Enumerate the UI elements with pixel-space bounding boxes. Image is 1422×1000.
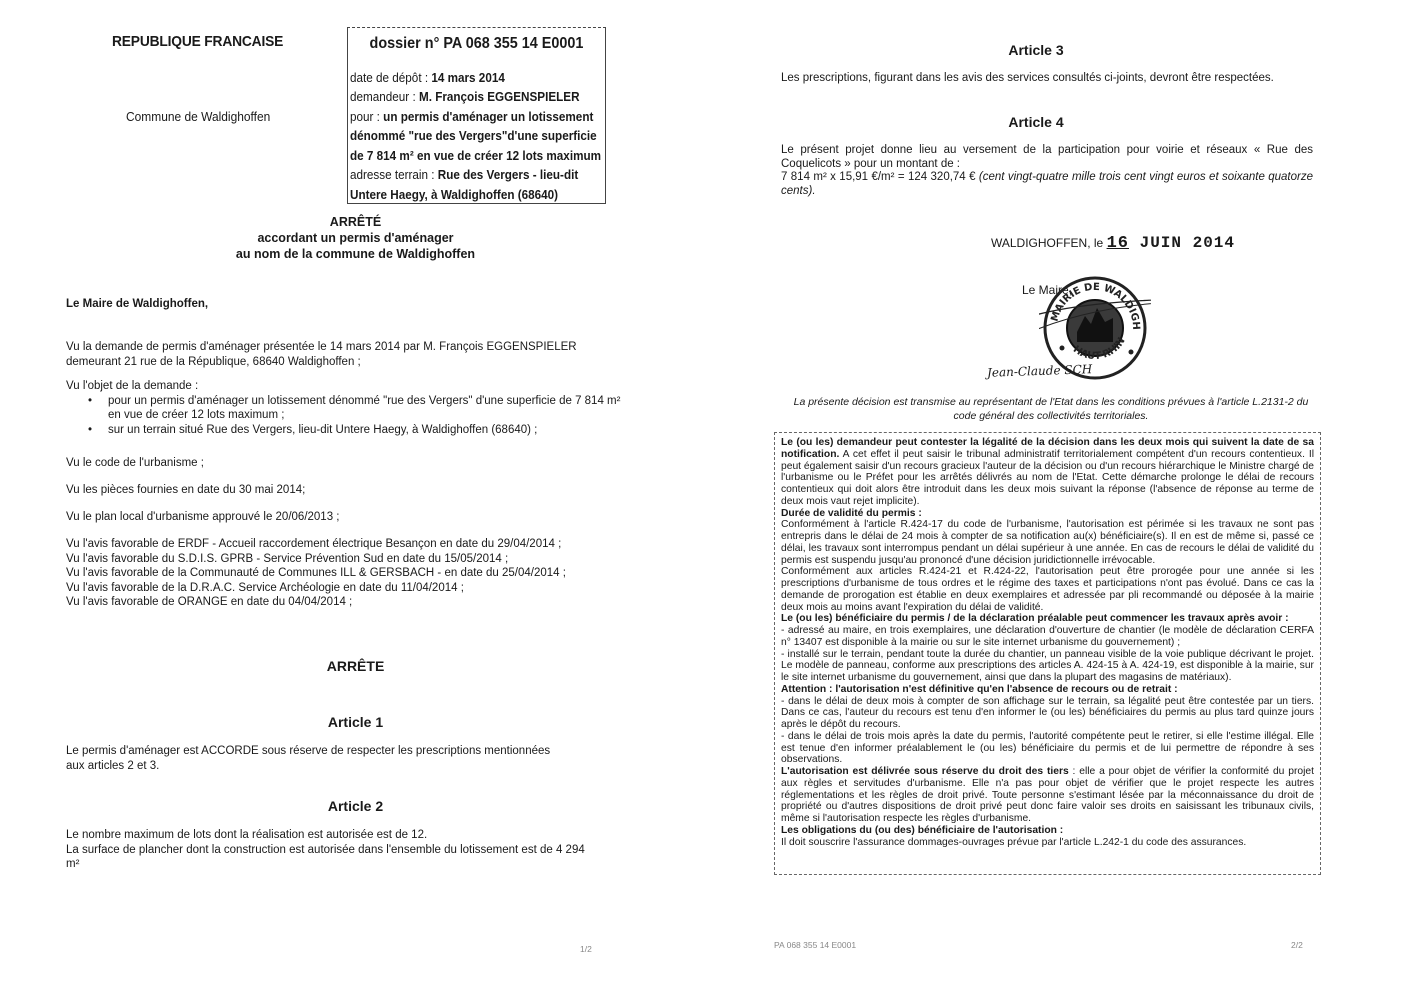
tiers-paragraph: L'autorisation est délivrée sous réserve… <box>781 766 1314 825</box>
republique-heading: REPUBLIQUE FRANCAISE <box>112 33 283 50</box>
signature-date: WALDIGHOFFEN, le 16 JUIN 2014 <box>991 234 1235 253</box>
objet-permis: pour : un permis d'aménager un lotisseme… <box>350 107 602 166</box>
footer-reference: PA 068 355 14 E0001 <box>774 940 856 950</box>
transmission-notice: La présente décision est transmise au re… <box>781 396 1321 423</box>
travaux-heading: Le (ou les) bénéficiaire du permis / de … <box>781 613 1314 625</box>
page-2: Article 3 Les prescriptions, figurant da… <box>711 0 1422 1000</box>
maire-line: Le Maire de Waldighoffen, <box>66 298 208 310</box>
arrete-heading: ARRÊTÉ accordant un permis d'aménager au… <box>0 214 711 262</box>
participation-amount: 7 814 m² x 15,91 €/m² = 124 320,74 € <box>781 171 979 183</box>
dossier-number: dossier n° PA 068 355 14 E0001 <box>363 34 591 54</box>
demandeur: demandeur : M. François EGGENSPIELER <box>350 87 602 107</box>
list-item: sur un terrain situé Rue des Vergers, li… <box>108 423 626 438</box>
article-1-title: Article 1 <box>0 714 711 730</box>
article-2-title: Article 2 <box>0 798 711 814</box>
adresse-terrain: adresse terrain : Rue des Vergers - lieu… <box>350 165 602 204</box>
objet-list: pour un permis d'aménager un lotissement… <box>66 394 626 438</box>
list-item: pour un permis d'aménager un lotissement… <box>108 394 626 423</box>
article-2-body: Le nombre maximum de lots dont la réalis… <box>66 828 586 872</box>
article-4-title: Article 4 <box>711 114 1361 130</box>
article-3-title: Article 3 <box>711 42 1361 58</box>
list-item: Vu l'avis favorable de la D.R.A.C. Servi… <box>66 581 646 596</box>
arrete-title: ARRÊTE <box>0 658 711 674</box>
contest-paragraph: Le (ou les) demandeur peut contester la … <box>781 437 1314 508</box>
list-item: Vu l'avis favorable de ERDF - Accueil ra… <box>66 537 646 552</box>
page-number: 2/2 <box>1291 940 1303 950</box>
date-depot: date de dépôt : 14 mars 2014 <box>350 68 602 88</box>
list-item: Vu l'avis favorable de la Communauté de … <box>66 566 646 581</box>
date-stamp: 16 JUIN 2014 <box>1107 234 1235 252</box>
vu-code: Vu le code de l'urbanisme ; <box>66 456 204 471</box>
legal-notice-box: Le (ou les) demandeur peut contester la … <box>774 432 1321 875</box>
obligations-heading: Les obligations du (ou des) bénéficiaire… <box>781 825 1314 837</box>
commune-name: Commune de Waldighoffen <box>126 109 270 124</box>
vu-objet: Vu l'objet de la demande : pour un permi… <box>66 379 626 437</box>
vu-demande: Vu la demande de permis d'aménager prése… <box>66 340 626 369</box>
validite-heading: Durée de validité du permis : <box>781 508 1314 520</box>
vu-pieces: Vu les pièces fournies en date du 30 mai… <box>66 483 305 498</box>
list-item: Vu l'avis favorable du S.D.I.S. GPRB - S… <box>66 552 646 567</box>
attention-heading: Attention : l'autorisation n'est définit… <box>781 684 1314 696</box>
list-item: Vu l'avis favorable de ORANGE en date du… <box>66 595 646 610</box>
page-1: REPUBLIQUE FRANCAISE Commune de Waldigho… <box>0 0 711 1000</box>
vu-avis-list: Vu l'avis favorable de ERDF - Accueil ra… <box>66 537 646 610</box>
dossier-box: dossier n° PA 068 355 14 E0001 date de d… <box>347 27 606 204</box>
article-4-body: Le présent projet donne lieu au versemen… <box>781 144 1313 198</box>
page-number: 1/2 <box>580 944 592 954</box>
vu-plu: Vu le plan local d'urbanisme approuvé le… <box>66 510 339 525</box>
article-3-body: Les prescriptions, figurant dans les avi… <box>781 72 1274 84</box>
article-1-body: Le permis d'aménager est ACCORDE sous ré… <box>66 744 566 773</box>
